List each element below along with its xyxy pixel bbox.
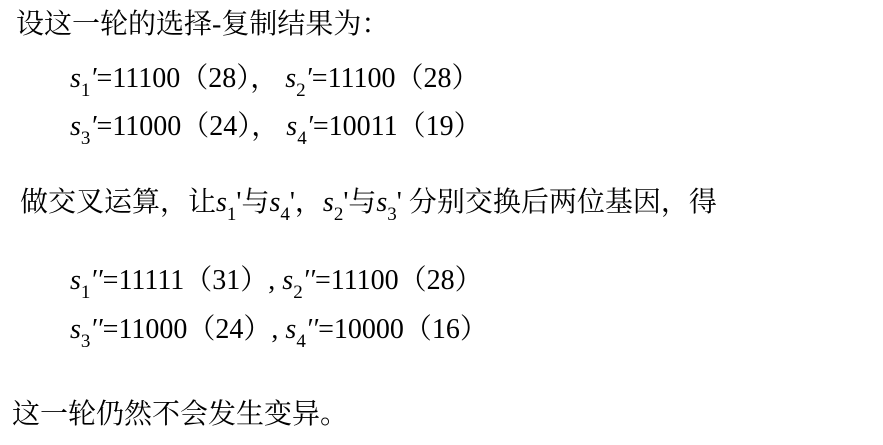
var: s	[216, 187, 227, 218]
value: =11100（28），	[97, 63, 279, 94]
result-line-1: s1′′=11111（31）, s2′′=11100（28）	[70, 264, 483, 310]
value: =11111（31）,	[103, 265, 276, 296]
value: =11100（28）	[315, 265, 483, 296]
var: s	[282, 265, 293, 296]
var: s	[70, 111, 81, 142]
subscript: 3	[81, 331, 91, 352]
value: =11000（24），	[97, 111, 280, 142]
subscript: 1	[81, 80, 91, 101]
subscript: 1	[81, 282, 91, 303]
var: s	[285, 314, 296, 345]
prime: ′′	[90, 314, 102, 345]
result-line-2: s3′′=11000（24）, s4′′=10000（16）	[70, 313, 488, 359]
subscript: 3	[81, 128, 91, 149]
subscript: 4	[296, 331, 306, 352]
text: '与	[236, 187, 269, 218]
value: =11000（24）,	[103, 314, 279, 345]
crossover-text: 做交叉运算，让s1'与s4'，s2'与s3' 分别交换后两位基因，得	[20, 186, 717, 232]
subscript: 2	[296, 80, 306, 101]
subscript: 4	[297, 128, 307, 149]
subscript: 2	[293, 282, 303, 303]
var: s	[376, 187, 387, 218]
value: =11100（28）	[312, 63, 480, 94]
var: s	[285, 63, 296, 94]
subscript: 2	[334, 204, 344, 225]
text: '，	[290, 187, 323, 218]
text: ' 分别交换后两位基因，得	[397, 187, 717, 218]
subscript: 1	[227, 204, 237, 225]
prime: ′′	[303, 265, 315, 296]
var: s	[70, 63, 81, 94]
subscript: 4	[280, 204, 290, 225]
prime: ′′	[90, 265, 102, 296]
text: '与	[343, 187, 376, 218]
var: s	[70, 265, 81, 296]
selection-line-2: s3′=11000（24）， s4′=10011（19）	[70, 110, 482, 156]
value: =10000（16）	[318, 314, 488, 345]
conclusion-text: 这一轮仍然不会发生变异。	[12, 398, 348, 432]
value: =10011（19）	[313, 111, 482, 142]
prime: ′′	[306, 314, 318, 345]
subscript: 3	[387, 204, 397, 225]
var: s	[286, 111, 297, 142]
selection-line-1: s1′=11100（28）， s2′=11100（28）	[70, 62, 480, 108]
intro-text: 设这一轮的选择-复制结果为：	[16, 8, 389, 42]
var: s	[70, 314, 81, 345]
text: 做交叉运算，让	[20, 187, 216, 218]
var: s	[323, 187, 334, 218]
var: s	[269, 187, 280, 218]
